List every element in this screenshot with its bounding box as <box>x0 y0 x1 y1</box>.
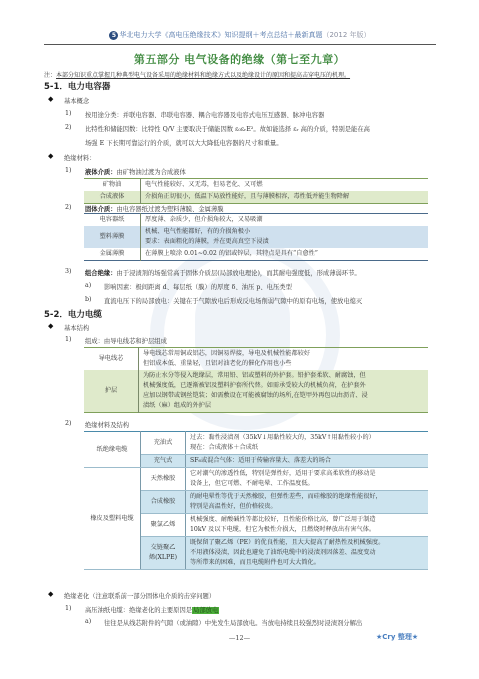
table-key: 天然橡胶 <box>141 468 186 491</box>
table-row: 合成液体 介损角正切很小，低温下局放性能好，且与薄膜相容，毒性低并能生物降解 <box>84 191 428 204</box>
table-value: 为防止水分等侵入绝缘层，常用铅、铝或塑料的外护套。铅护套柔软、耐腐蚀，但机械强度… <box>139 370 429 413</box>
table-line: 既保留了聚乙烯（PE）的优良性能，且大大提高了耐热性及机械强度。 <box>190 538 424 548</box>
table-key: 护层 <box>84 370 139 413</box>
table-value: 过去：黏性浸渍剂（35kV↓用黏性较大的，35kV↑用黏性较小的）现在：合成液体… <box>186 432 429 455</box>
item-desc: 由电容器纸过渡为塑料薄膜、金属薄膜 <box>116 206 223 213</box>
table-row: 橡皮及塑料电缆 天然橡胶 它对潮气的渗透性低，特别是弹性好，适用于要求高柔软性的… <box>84 468 428 491</box>
item-text: 高压油纸电缆：绝缘老化的主要原因是局部放电 <box>85 605 219 614</box>
diamond-bullet-icon: ◆ <box>48 152 53 160</box>
group-label: 纸绝缘电缆 <box>84 432 141 468</box>
sub-item-letter: a) <box>85 282 91 289</box>
sub-item-text: 直流电压下的局部放电：关键在于气隙放电后形成反电场削弱气隙中的原有电场，使放电熄… <box>104 296 362 305</box>
item-text: 液体介质：由矿物油过渡为合成液体 <box>85 167 186 176</box>
table-row: 电容器纸 厚度薄、杂质少，但介损角较大，又易吸潮 <box>84 214 428 227</box>
item-text: 绝缘材料及结构 <box>85 420 129 429</box>
table-row: 护层 为防止水分等侵入绝缘层，常用铅、铝或塑料的外护套。铅护套柔软、耐腐蚀，但机… <box>84 370 428 413</box>
item-text: 比特性和储能因数：比特性 Q/V 主要取决于储能因数 ε₀εᵣE²。故如能选择 … <box>85 124 370 133</box>
note: 注：本部分知识重点掌握几种典型电气设备采用的绝缘材料和绝缘方式以及绝缘设计的原因… <box>44 70 350 79</box>
section-title: 5-1．电力电容器 <box>44 80 110 92</box>
sub-item-letter: a) <box>85 618 91 625</box>
header-title: 华北电力大学《高电压绝缘技术》知识提纲＋考点总结＋最新真题 <box>119 31 322 39</box>
item-text-continued: 场强 E 下长期可靠运行的介质，就可以大大降低电容器的尺寸和重量。 <box>85 138 283 147</box>
table-line: 机械强度、耐酸碱性等都比较好，且性能价格比高，曾广泛用于制造 <box>190 515 424 525</box>
table-value: 既保留了聚乙烯（PE）的优良性能，且大大提高了耐热性及机械强度。不用液体浸渍，因… <box>186 537 429 570</box>
table-line: 过去：黏性浸渍剂（35kV↓用黏性较大的，35kV↑用黏性较小的） <box>190 433 424 443</box>
table-value: 在薄膜上喷涂 0.01~0.02 的铝或锌层，其特点是具有“自愈性” <box>141 248 429 261</box>
item-desc: 由矿物油过渡为合成液体 <box>116 169 185 176</box>
item-number: 1) <box>65 336 71 343</box>
table-key: 塑料薄膜 <box>84 226 141 248</box>
table-row: 导电线芯 导电线芯常用铜或铝芯，因铜易焊接，导电及机械性能都较好但铝成本低、重量… <box>84 348 428 371</box>
table-key: 聚氯乙烯 <box>141 514 186 537</box>
note-prefix: 注： <box>44 72 56 79</box>
item-bold-label: 组合绝缘： <box>85 270 116 277</box>
table-line: 机械强度低，已逐渐被铝及塑料护套所代替。如需承受较大的机械负荷，在护套外 <box>143 381 424 391</box>
table-line: 10kV 及以下电缆，但它为极性介损大，且燃烧时释放出有害气体。 <box>190 525 424 535</box>
university-logo-icon: 5 <box>109 31 118 40</box>
table-key: 充油式 <box>141 432 186 455</box>
table-row: 矿物油 电气性能较好、又无毒，但易老化、又可燃 <box>84 179 428 192</box>
sub-item-letter: b) <box>85 296 92 303</box>
table-key: 矿物油 <box>84 179 141 192</box>
table-value: SF₆或混合气体：适用于传输容量大、落差大的场合 <box>186 455 429 468</box>
cable-composition-table: 导电线芯 导电线芯常用铜或铝芯，因铜易焊接，导电及机械性能都较好但铝成本低、重量… <box>84 347 428 413</box>
table-key: 交链聚乙烯(XLPE) <box>141 537 186 570</box>
section-title: 5-2．电力电缆 <box>44 308 102 320</box>
table-line: 要求：表面粗化的薄膜，并在更高真空下浸渍 <box>145 237 424 247</box>
part-title: 第五部分 电气设备的绝缘（第七至九章） <box>0 51 479 67</box>
table-line: 的耐电晕性等优于天然橡胶，但弹性差些，而硅橡胶的绝缘性能很好， <box>190 492 424 502</box>
table-key: 合成橡胶 <box>141 491 186 514</box>
table-key: 电容器纸 <box>84 214 141 227</box>
table-value: 厚度薄、杂质少，但介损角较大，又易吸潮 <box>141 214 429 227</box>
table-key-line: 烯(XLPE) <box>145 553 181 563</box>
table-line: 现在：合成液体＋合成纸 <box>190 443 424 453</box>
table-line: 应加以钢带或钢丝铠装；如需敷设在可能被腐蚀的场所,在铠甲外再包以由沥青、浸 <box>143 391 424 401</box>
table-line: 它对潮气的渗透性低，特别是弹性好，适用于要求高柔软性的移动是 <box>190 469 424 479</box>
table-line: 机械、电气性能都好，有的介损角极小 <box>145 227 424 237</box>
table-line: 渍纸（麻）组成的外护层 <box>143 401 424 411</box>
item-text: 组成：由导电线芯和护层组成 <box>85 336 167 345</box>
table-value: 机械强度、耐酸碱性等都比较好，且性能价格比高，曾广泛用于制造10kV 及以下电缆… <box>186 514 429 537</box>
sub-item-text: 影响因素：极间距离 d、每层纸（膜）的厚度 δ、油压 p、电压类型 <box>104 282 292 291</box>
table-line: 为防止水分等侵入绝缘层，常用铅、铝或塑料的外护套。铅护套柔软、耐腐蚀，但 <box>143 371 424 381</box>
sub-item-text: 往往是从线芯附件的气隙（或油隙）中先发生局部放电。当放电持续且较强烈时浸渍剂分解… <box>104 618 362 627</box>
diamond-bullet-icon: ◆ <box>48 95 53 103</box>
highlighted-term: 局部放电 <box>192 607 219 614</box>
bullet-label: 绝缘老化（注意联系前一部分固体电介质的击穿问题） <box>64 591 215 600</box>
insulation-structure-table: 纸绝缘电缆 充油式 过去：黏性浸渍剂（35kV↓用黏性较大的，35kV↑用黏性较… <box>84 431 428 570</box>
table-value: 它对潮气的渗透性低，特别是弹性好，适用于要求高柔软性的移动是设备上，但它可燃、不… <box>186 468 429 491</box>
diamond-bullet-icon: ◆ <box>48 590 53 598</box>
item-bold-label: 固体介质： <box>85 206 116 213</box>
table-key: 合成液体 <box>84 191 141 204</box>
item-number: 1) <box>65 167 71 174</box>
table-value: 介损角正切很小，低温下局放性能好，且与薄膜相容，毒性低并能生物降解 <box>141 191 429 204</box>
table-key-line: 交链聚乙 <box>145 543 181 553</box>
item-bold-label: 液体介质： <box>85 169 116 176</box>
liquid-dielectric-table: 矿物油 电气性能较好、又无毒，但易老化、又可燃 合成液体 介损角正切很小，低温下… <box>84 178 428 204</box>
bullet-label: 基本结构 <box>64 323 89 332</box>
item-number: 2) <box>65 204 71 211</box>
table-line: 不用液体浸渍，因此也避免了油纸电缆中的浸渍剂因落差、温度变动 <box>190 548 424 558</box>
table-line: 等所带来的困难，而且电缆附件也可大大简化。 <box>190 558 424 568</box>
table-line: 但铝成本低、重量轻，且铝对油老化的催化作用也小些 <box>143 359 424 369</box>
table-value: 电气性能较好、又无毒，但易老化、又可燃 <box>141 179 429 192</box>
table-row: 纸绝缘电缆 充油式 过去：黏性浸渍剂（35kV↓用黏性较大的，35kV↑用黏性较… <box>84 432 428 455</box>
bullet-label: 绝缘材料： <box>64 153 95 162</box>
item-desc: 由于浸渍剂的场强常高于固体介质层(局部放电理论)，而其耐电强度低，形成薄弱环节。 <box>116 270 360 277</box>
footer-brand: ★Cry 整理★ <box>376 632 418 642</box>
table-line: 设备上，但它可燃、不耐电晕、工作温度低。 <box>190 479 424 489</box>
note-text: 本部分知识重点掌握几种典型电气设备采用的绝缘材料和绝缘方式以及绝缘设计的原因和提… <box>56 72 350 79</box>
table-value: 导电线芯常用铜或铝芯，因铜易焊接，导电及机械性能都较好但铝成本低、重量轻，且铝对… <box>139 348 429 371</box>
item-number: 1) <box>65 605 71 612</box>
table-line: 特别是高温性好，但价格较贵。 <box>190 502 424 512</box>
solid-dielectric-table: 电容器纸 厚度薄、杂质少，但介损角较大，又易吸潮 塑料薄膜 机械、电气性能都好，… <box>84 213 428 261</box>
table-value: 机械、电气性能都好，有的介损角极小要求：表面粗化的薄膜，并在更高真空下浸渍 <box>141 226 429 248</box>
diamond-bullet-icon: ◆ <box>48 322 53 330</box>
item-text: 按用途分类：并联电容器、串联电容器、耦合电容器及电容式电压互感器、脉冲电容器 <box>85 110 324 119</box>
bullet-label: 基本概念 <box>64 96 89 105</box>
table-key: 金属薄膜 <box>84 248 141 261</box>
item-number: 1) <box>65 110 71 117</box>
group-label: 橡皮及塑料电缆 <box>84 468 141 570</box>
item-number: 2) <box>65 124 71 131</box>
table-line: 导电线芯常用铜或铝芯，因铜易焊接，导电及机械性能都较好 <box>143 349 424 359</box>
document-page: 5华北电力大学《高电压绝缘技术》知识提纲＋考点总结＋最新真题（2012 年版） … <box>0 0 479 679</box>
running-header: 5华北电力大学《高电压绝缘技术》知识提纲＋考点总结＋最新真题（2012 年版） <box>44 29 436 45</box>
table-row: 金属薄膜 在薄膜上喷涂 0.01~0.02 的铝或锌层，其特点是具有“自愈性” <box>84 248 428 261</box>
header-edition: （2012 年版） <box>322 31 370 39</box>
item-text: 组合绝缘：由于浸渍剂的场强常高于固体介质层(局部放电理论)，而其耐电强度低，形成… <box>85 268 361 277</box>
table-value: 的耐电晕性等优于天然橡胶，但弹性差些，而硅橡胶的绝缘性能很好，特别是高温性好，但… <box>186 491 429 514</box>
table-row: 塑料薄膜 机械、电气性能都好，有的介损角极小要求：表面粗化的薄膜，并在更高真空下… <box>84 226 428 248</box>
table-key: 充气式 <box>141 455 186 468</box>
item-text: 固体介质：由电容器纸过渡为塑料薄膜、金属薄膜 <box>85 204 224 213</box>
item-desc: 高压油纸电缆：绝缘老化的主要原因是 <box>85 607 192 614</box>
table-key: 导电线芯 <box>84 348 139 371</box>
item-number: 3) <box>65 268 71 275</box>
item-number: 2) <box>65 420 71 427</box>
